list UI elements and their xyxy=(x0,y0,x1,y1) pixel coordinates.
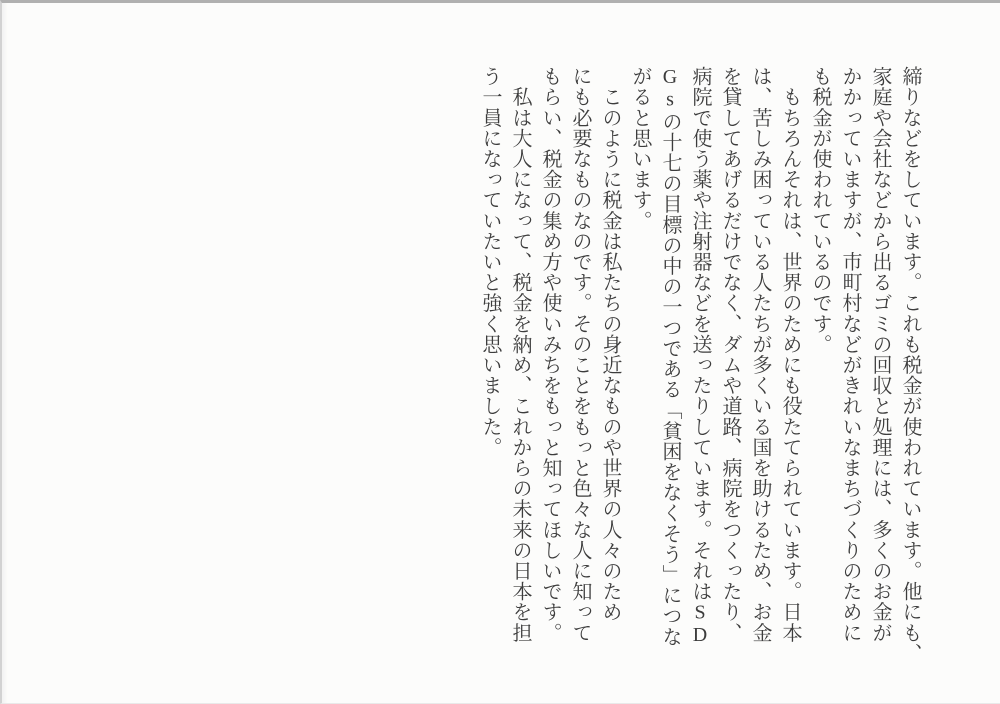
text-column: もちろんそれは、世界のためにも役たてられています。日本 xyxy=(775,66,805,694)
text-column: も税金が使われているのです。 xyxy=(805,66,835,694)
scanned-essay-page: 締りなどをしています。これも税金が使われています。他にも、 家庭や会社などから出… xyxy=(0,0,1000,704)
text-column: かかっていますが、市町村などがきれいなまちづくりのために xyxy=(835,66,865,694)
text-column: もらい、税金の集め方や使いみちをもっと知ってほしいです。 xyxy=(535,66,565,694)
text-column: Gsの十七の目標の中の一つである「貧困をなくそう」につな xyxy=(655,66,685,694)
text-column: このように税金は私たちの身近なものや世界の人々のため xyxy=(595,66,625,694)
text-column: う一員になっていたいと強く思いました。 xyxy=(475,66,505,694)
text-column: がると思います。 xyxy=(625,66,655,694)
text-column: 病院で使う薬や注射器などを送ったりしています。それはSD xyxy=(685,66,715,694)
vertical-text-block: 締りなどをしています。これも税金が使われています。他にも、 家庭や会社などから出… xyxy=(475,66,925,694)
text-column: 締りなどをしています。これも税金が使われています。他にも、 xyxy=(895,66,925,694)
text-column: は、苦しみ困っている人たちが多くいる国を助けるため、お金 xyxy=(745,66,775,694)
text-column: 家庭や会社などから出るゴミの回収と処理には、多くのお金が xyxy=(865,66,895,694)
text-column: にも必要なものなのです。そのことをもっと色々な人に知って xyxy=(565,66,595,694)
text-column: を貸してあげるだけでなく、ダムや道路、病院をつくったり、 xyxy=(715,66,745,694)
text-column: 私は大人になって、税金を納め、これからの未来の日本を担 xyxy=(505,66,535,694)
